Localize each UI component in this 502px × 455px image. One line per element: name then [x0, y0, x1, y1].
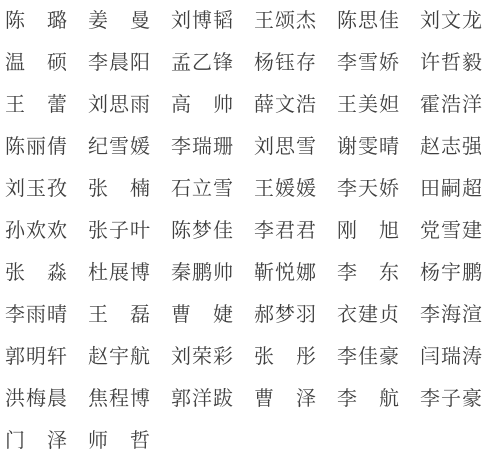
person-name: 谢雯晴 [337, 137, 399, 157]
person-name: 刘思雪 [254, 137, 316, 157]
person-name: 师哲 [88, 431, 150, 451]
person-name: 高帅 [171, 95, 233, 115]
person-name: 衣建贞 [337, 305, 399, 325]
person-name: 王颂杰 [254, 11, 316, 31]
person-name: 靳悦娜 [254, 263, 316, 283]
person-name: 李航 [337, 389, 399, 409]
person-name: 孙欢欢 [5, 221, 67, 241]
person-name: 杨宇鹏 [420, 263, 482, 283]
person-name: 杜展博 [88, 263, 150, 283]
person-name: 温硕 [5, 53, 67, 73]
person-name: 姜曼 [88, 11, 150, 31]
person-name: 孟乙锋 [171, 53, 233, 73]
person-name: 张淼 [5, 263, 67, 283]
person-name: 刘文龙 [420, 11, 482, 31]
person-name: 陈思佳 [337, 11, 399, 31]
person-name: 洪梅晨 [5, 389, 67, 409]
person-name: 陈梦佳 [171, 221, 233, 241]
name-grid: 陈璐姜曼刘博韬王颂杰陈思佳刘文龙温硕李晨阳孟乙锋杨钰存李雪娇许哲毅王蕾刘思雨高帅… [0, 0, 502, 455]
person-name: 石立雪 [171, 179, 233, 199]
person-name: 王蕾 [5, 95, 67, 115]
person-name: 郭明轩 [5, 347, 67, 367]
person-name: 刘荣彩 [171, 347, 233, 367]
person-name: 李天娇 [337, 179, 399, 199]
person-name: 薛文浩 [254, 95, 316, 115]
person-name: 李晨阳 [88, 53, 150, 73]
person-name: 许哲毅 [420, 53, 482, 73]
person-name: 刘博韬 [171, 11, 233, 31]
person-name: 陈璐 [5, 11, 67, 31]
person-name: 纪雪媛 [88, 137, 150, 157]
person-name: 李雪娇 [337, 53, 399, 73]
person-name: 陈丽倩 [5, 137, 67, 157]
person-name: 曹泽 [254, 389, 316, 409]
person-name: 田嗣超 [420, 179, 482, 199]
person-name: 曹婕 [171, 305, 233, 325]
person-name: 门泽 [5, 431, 67, 451]
person-name: 李瑞珊 [171, 137, 233, 157]
person-name: 李君君 [254, 221, 316, 241]
person-name: 党雪建 [420, 221, 482, 241]
person-name: 王磊 [88, 305, 150, 325]
person-name: 赵宇航 [88, 347, 150, 367]
person-name: 赵志强 [420, 137, 482, 157]
person-name: 秦鹏帅 [171, 263, 233, 283]
person-name: 刘玉孜 [5, 179, 67, 199]
person-name: 李子豪 [420, 389, 482, 409]
person-name: 李雨晴 [5, 305, 67, 325]
person-name: 王美妲 [337, 95, 399, 115]
person-name: 焦程博 [88, 389, 150, 409]
person-name: 刘思雨 [88, 95, 150, 115]
person-name: 闫瑞涛 [420, 347, 482, 367]
person-name: 李佳豪 [337, 347, 399, 367]
person-name: 霍浩洋 [420, 95, 482, 115]
name-roster-page: 陈璐姜曼刘博韬王颂杰陈思佳刘文龙温硕李晨阳孟乙锋杨钰存李雪娇许哲毅王蕾刘思雨高帅… [0, 0, 502, 455]
person-name: 杨钰存 [254, 53, 316, 73]
person-name: 张楠 [88, 179, 150, 199]
person-name: 郝梦羽 [254, 305, 316, 325]
person-name: 郭洋跋 [171, 389, 233, 409]
person-name: 李海渲 [420, 305, 482, 325]
person-name: 张彤 [254, 347, 316, 367]
person-name: 王媛媛 [254, 179, 316, 199]
person-name: 张子叶 [88, 221, 150, 241]
person-name: 李东 [337, 263, 399, 283]
person-name: 刚旭 [337, 221, 399, 241]
